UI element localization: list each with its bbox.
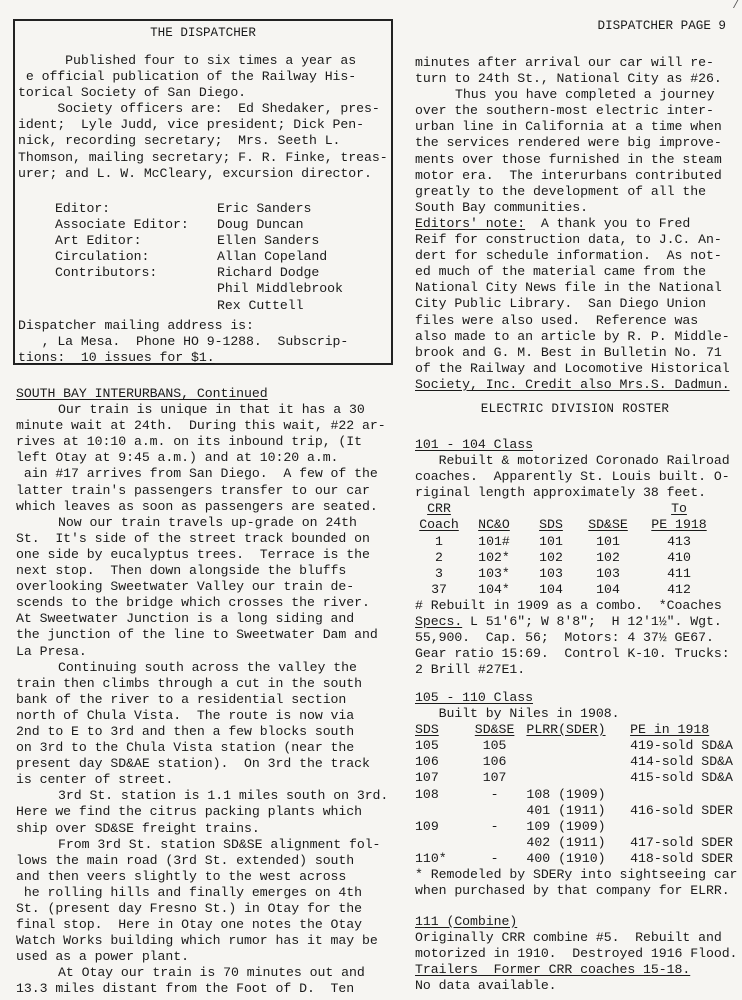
table-cell: 413	[639, 534, 719, 550]
article-body-right: minutes after arrival our car will re-tu…	[415, 55, 740, 216]
staff-role	[55, 281, 217, 297]
editors-note-line: brook and G. M. Best in Bulletin No. 71	[415, 345, 740, 361]
table-cell: 400 (1910)	[526, 851, 630, 867]
article-line: 2nd to E to 3rd and then a few blocks so…	[16, 724, 396, 740]
table-cell: 103	[577, 566, 639, 582]
staff-name: Phil Middlebrook	[217, 281, 343, 297]
article-line: on 3rd to the Chula Vista station (near …	[16, 740, 396, 756]
editors-note-line: City Public Library. San Diego Union	[415, 296, 740, 312]
table-cell: 3	[415, 566, 463, 582]
staff-role	[55, 298, 217, 314]
masthead-title: THE DISPATCHER	[15, 26, 391, 40]
column-header-top	[577, 501, 639, 517]
table-cell: 101#	[463, 534, 525, 550]
article-line: From 3rd St. station SD&SE alignment fol…	[16, 837, 396, 853]
article-body-left: Our train is unique in that it has a 30m…	[16, 402, 396, 997]
table-cell: 104	[525, 582, 577, 598]
article-line: ments over those furnished in the steam	[415, 152, 740, 168]
table-cell	[630, 819, 740, 835]
column-header: PLRR(SDER)	[526, 722, 630, 738]
newsletter-page: / DISPATCHER PAGE 9 THE DISPATCHER Publi…	[0, 0, 742, 1000]
column-header: SD&SE	[463, 722, 527, 738]
table-cell: 103	[525, 566, 577, 582]
class-105-110-heading: 105 - 110 Class	[415, 690, 533, 705]
article-line: At Otay our train is 70 minutes out and	[16, 965, 396, 981]
article-heading: SOUTH BAY INTERURBANS, Continued	[16, 386, 396, 402]
table-cell: 109	[415, 819, 463, 835]
article-line: La Presa.	[16, 644, 396, 660]
staff-role: Associate Editor:	[55, 217, 217, 233]
table-cell: 109 (1909)	[526, 819, 630, 835]
staff-role: Circulation:	[55, 249, 217, 265]
staff-row: Associate Editor:Doug Duncan	[55, 217, 343, 233]
class-description-line: Originally CRR combine #5. Rebuilt and	[415, 930, 740, 946]
article-line: used as a power plant.	[16, 949, 396, 965]
table-cell: 415-sold SD&A	[630, 770, 740, 786]
article-line: At Sweetwater Junction is a long siding …	[16, 611, 396, 627]
class-101-104-specs: Specs. L 51'6"; W 8'8"; H 12'1½". Wgt.55…	[415, 614, 740, 678]
staff-name: Allan Copeland	[217, 249, 327, 265]
column-header: SDS	[525, 517, 577, 533]
staff-name: Eric Sanders	[217, 201, 311, 217]
column-header-top	[525, 501, 577, 517]
masthead-line: Thomson, mailing secretary; F. R. Finke,…	[18, 150, 388, 166]
article-line: 3rd St. station is 1.1 miles south on 3r…	[16, 788, 396, 804]
article-line: bank of the river to a residential secti…	[16, 692, 396, 708]
class-105-110-description: Built by Niles in 1908.	[415, 706, 740, 722]
article-line: urban line in California at a time when	[415, 119, 740, 135]
article-line: greatly to the development of all the	[415, 184, 740, 200]
table-cell: 108	[415, 787, 463, 803]
staff-row: Phil Middlebrook	[55, 281, 343, 297]
table-cell	[526, 738, 630, 754]
column-header: Coach	[415, 517, 463, 533]
staff-row: Rex Cuttell	[55, 298, 343, 314]
column-header-top	[463, 501, 525, 517]
staff-name: Doug Duncan	[217, 217, 304, 233]
masthead-line: Published four to six times a year as	[18, 53, 388, 69]
table-cell: 107	[463, 770, 527, 786]
trailers-note: No data available.	[415, 978, 740, 994]
specs-line: 2 Brill #27E1.	[415, 662, 740, 678]
class-101-104-footnote: # Rebuilt in 1909 as a combo. *Coaches	[415, 598, 740, 614]
article-line: Thus you have completed a journey	[415, 87, 740, 103]
table-row: 109-109 (1909)	[415, 819, 740, 835]
footnote-line: * Remodeled by SDERy into sightseeing ca…	[415, 867, 740, 883]
editors-note: Editors' note: A thank you to FredReif f…	[415, 216, 740, 393]
article-line: one side by eucalyptus trees. Terrace is…	[16, 547, 396, 563]
article-line: ship over SD&SE freight trains.	[16, 821, 396, 837]
class-101-104-table: CRRToCoachNC&OSDSSD&SEPE 19181101#101101…	[415, 501, 719, 598]
table-row: 110*-400 (1910)418-sold SDER	[415, 851, 740, 867]
masthead-line: Society officers are: Ed Shedaker, pres-	[18, 101, 388, 117]
class-105-110-footnote: * Remodeled by SDERy into sightseeing ca…	[415, 867, 740, 899]
article-line: overlooking Sweetwater Valley our train …	[16, 579, 396, 595]
column-header: PE 1918	[639, 517, 719, 533]
trailers-heading: Trailers Former CRR coaches 15-18.	[415, 962, 690, 977]
table-cell	[463, 803, 527, 819]
table-cell: 105	[463, 738, 527, 754]
masthead-intro: Published four to six times a year as e …	[18, 53, 388, 182]
column-header: SDS	[415, 722, 463, 738]
article-line: minute wait at 24th. During this wait, #…	[16, 418, 396, 434]
article-line: the junction of the line to Sweetwater D…	[16, 627, 396, 643]
article-line: present day SD&AE station). On 3rd the t…	[16, 756, 396, 772]
table-cell: 411	[639, 566, 719, 582]
article-line: he rolling hills and finally emerges on …	[16, 885, 396, 901]
article-line: latter train's passengers transfer to ou…	[16, 483, 396, 499]
table-cell: 107	[415, 770, 463, 786]
staff-row: Editor:Eric Sanders	[55, 201, 343, 217]
staff-row: Contributors:Richard Dodge	[55, 265, 343, 281]
article-line: motor era. The interurbans contributed	[415, 168, 740, 184]
table-row: 401 (1911)416-sold SDER	[415, 803, 740, 819]
column-header: NC&O	[463, 517, 525, 533]
table-cell: 110*	[415, 851, 463, 867]
class-105-110-table: SDSSD&SEPLRR(SDER)PE in 1918105105419-so…	[415, 722, 740, 867]
article-line: St. (present day Fresno St.) in Otay for…	[16, 901, 396, 917]
table-cell	[526, 754, 630, 770]
table-cell	[463, 835, 527, 851]
table-cell: 104	[577, 582, 639, 598]
article-line: the services rendered were big improve-	[415, 135, 740, 151]
mailing-line: , La Mesa. Phone HO 9-1288. Subscrip-	[18, 334, 348, 350]
table-cell: 418-sold SDER	[630, 851, 740, 867]
page-header: DISPATCHER PAGE 9	[598, 19, 726, 33]
class-111-heading: 111 (Combine)	[415, 914, 517, 929]
table-cell: 1	[415, 534, 463, 550]
article-line: final stop. Here in Otay one notes the O…	[16, 917, 396, 933]
table-cell: 105	[415, 738, 463, 754]
article-line: next stop. Then down alongside the bluff…	[16, 563, 396, 579]
table-cell	[526, 770, 630, 786]
table-cell: -	[463, 787, 527, 803]
class-description-line: riginal length approximately 38 feet.	[415, 485, 740, 501]
masthead-box: THE DISPATCHER Published four to six tim…	[13, 19, 393, 365]
table-cell: 414-sold SD&A	[630, 754, 740, 770]
table-row: 3103*103103411	[415, 566, 719, 582]
article-line: train then climbs through a cut in the s…	[16, 676, 396, 692]
table-cell: 412	[639, 582, 719, 598]
table-cell: 102	[577, 550, 639, 566]
column-header: SD&SE	[577, 517, 639, 533]
table-row: 402 (1911)417-sold SDER	[415, 835, 740, 851]
column-header-top: CRR	[415, 501, 463, 517]
article-line: ain #17 arrives from San Diego. A few of…	[16, 466, 396, 482]
staff-role: Contributors:	[55, 265, 217, 281]
editors-note-line: dert for schedule information. As not-	[415, 248, 740, 264]
article-right-column: minutes after arrival our car will re-tu…	[415, 55, 740, 393]
table-cell: 402 (1911)	[526, 835, 630, 851]
table-cell: -	[463, 851, 527, 867]
article-line: minutes after arrival our car will re-	[415, 55, 740, 71]
article-line: is center of street.	[16, 772, 396, 788]
table-row: 2102*102102410	[415, 550, 719, 566]
table-cell: 2	[415, 550, 463, 566]
article-line: Here we find the citrus packing plants w…	[16, 804, 396, 820]
table-cell: 106	[463, 754, 527, 770]
editors-note-line: files were also used. Reference was	[415, 313, 740, 329]
masthead-line: ident; Lyle Judd, vice president; Dick P…	[18, 117, 388, 133]
margin-mark: /	[732, 0, 739, 12]
class-description-line: motorized in 1910. Destroyed 1916 Flood.	[415, 946, 740, 962]
article-line: and then veers slightly to the west acro…	[16, 869, 396, 885]
masthead-line: torical Society of San Diego.	[18, 85, 388, 101]
article-line: Continuing south across the valley the	[16, 660, 396, 676]
table-cell: -	[463, 819, 527, 835]
table-row: 107107415-sold SD&A	[415, 770, 740, 786]
editors-note-line: of the Railway and Locomotive Historical	[415, 361, 740, 377]
editors-note-line: ed much of the material came from the	[415, 264, 740, 280]
specs-line: Specs. L 51'6"; W 8'8"; H 12'1½". Wgt.	[415, 614, 740, 630]
specs-label: Specs.	[415, 614, 462, 629]
editors-note-line: Society, Inc. Credit also Mrs.S. Dadmun.	[415, 377, 740, 393]
footnote-line: when purchased by that company for ELRR.	[415, 883, 740, 899]
table-cell: 102*	[463, 550, 525, 566]
staff-role: Art Editor:	[55, 233, 217, 249]
table-cell	[630, 787, 740, 803]
table-cell: 37	[415, 582, 463, 598]
article-line: St. It's side of the street track bounde…	[16, 531, 396, 547]
article-line: lows the main road (3rd St. extended) so…	[16, 853, 396, 869]
table-cell: 103*	[463, 566, 525, 582]
specs-line: 55,900. Cap. 56; Motors: 4 37½ GE67.	[415, 630, 740, 646]
table-cell: 419-sold SD&A	[630, 738, 740, 754]
class-105-110-section: 105 - 110 Class Built by Niles in 1908. …	[415, 690, 740, 899]
mailing-info: Dispatcher mailing address is: , La Mesa…	[18, 318, 348, 366]
staff-role: Editor:	[55, 201, 217, 217]
article-line: Our train is unique in that it has a 30	[16, 402, 396, 418]
staff-name: Ellen Sanders	[217, 233, 319, 249]
column-header-top: To	[639, 501, 719, 517]
editors-note-line: National City News file in the National	[415, 280, 740, 296]
table-cell	[415, 835, 463, 851]
masthead-line: nick, recording secretary; Mrs. Seeth L.	[18, 133, 388, 149]
table-row: 105105419-sold SD&A	[415, 738, 740, 754]
article-line: scends to the bridge which crosses the r…	[16, 595, 396, 611]
editors-note-line: also made to an article by R. P. Middle-	[415, 329, 740, 345]
table-cell: 104*	[463, 582, 525, 598]
article-line: Watch Works building which rumor has it …	[16, 933, 396, 949]
article-line: north of Chula Vista. The route is now v…	[16, 708, 396, 724]
table-row: 37104*104104412	[415, 582, 719, 598]
article-line: left Otay at 9:45 a.m.) and at 10:20 a.m…	[16, 450, 396, 466]
article-line: South Bay communities.	[415, 200, 740, 216]
table-row: 106106414-sold SD&A	[415, 754, 740, 770]
table-cell: 401 (1911)	[526, 803, 630, 819]
table-cell: 416-sold SDER	[630, 803, 740, 819]
class-101-104-section: 101 - 104 Class Rebuilt & motorized Coro…	[415, 437, 740, 678]
class-111-section: 111 (Combine) Originally CRR combine #5.…	[415, 914, 740, 994]
specs-line: Gear ratio 15:69. Control K-10. Trucks:	[415, 646, 740, 662]
table-cell: 410	[639, 550, 719, 566]
article-line: which leaves as soon as passengers are s…	[16, 499, 396, 515]
editors-note-line: Reif for construction data, to J.C. An-	[415, 232, 740, 248]
article-line: rives at 10:10 a.m. on its inbound trip,…	[16, 434, 396, 450]
roster-title: ELECTRIC DIVISION ROSTER	[415, 402, 735, 416]
article-line: 13.3 miles distant from the Foot of D. T…	[16, 981, 396, 997]
table-cell: 106	[415, 754, 463, 770]
table-cell: 417-sold SDER	[630, 835, 740, 851]
table-cell: 101	[525, 534, 577, 550]
class-description-line: Rebuilt & motorized Coronado Railroad	[415, 453, 740, 469]
editors-note-line: Editors' note: A thank you to Fred	[415, 216, 740, 232]
editors-note-label: Editors' note:	[415, 216, 525, 231]
article-left-column: SOUTH BAY INTERURBANS, Continued Our tra…	[16, 386, 396, 998]
class-101-104-heading: 101 - 104 Class	[415, 437, 533, 452]
article-line: turn to 24th St., National City as #26.	[415, 71, 740, 87]
staff-list: Editor:Eric SandersAssociate Editor:Doug…	[55, 201, 343, 314]
class-description-line: coaches. Apparently St. Louis built. O-	[415, 469, 740, 485]
table-cell	[415, 803, 463, 819]
column-header: PE in 1918	[630, 722, 740, 738]
mailing-line: tions: 10 issues for $1.	[18, 350, 348, 366]
table-row: 1101#101101413	[415, 534, 719, 550]
staff-name: Rex Cuttell	[217, 298, 304, 314]
article-line: over the southern-most electric inter-	[415, 103, 740, 119]
staff-row: Circulation:Allan Copeland	[55, 249, 343, 265]
table-cell: 102	[525, 550, 577, 566]
table-cell: 108 (1909)	[526, 787, 630, 803]
staff-name: Richard Dodge	[217, 265, 319, 281]
article-line: Now our train travels up-grade on 24th	[16, 515, 396, 531]
mailing-line: Dispatcher mailing address is:	[18, 318, 348, 334]
table-row: 108-108 (1909)	[415, 787, 740, 803]
masthead-line: e official publication of the Railway Hi…	[18, 69, 388, 85]
masthead-line: urer; and L. W. McCleary, excursion dire…	[18, 166, 388, 182]
class-101-104-description: Rebuilt & motorized Coronado Railroadcoa…	[415, 453, 740, 501]
staff-row: Art Editor:Ellen Sanders	[55, 233, 343, 249]
class-111-description: Originally CRR combine #5. Rebuilt andmo…	[415, 930, 740, 962]
table-cell: 101	[577, 534, 639, 550]
